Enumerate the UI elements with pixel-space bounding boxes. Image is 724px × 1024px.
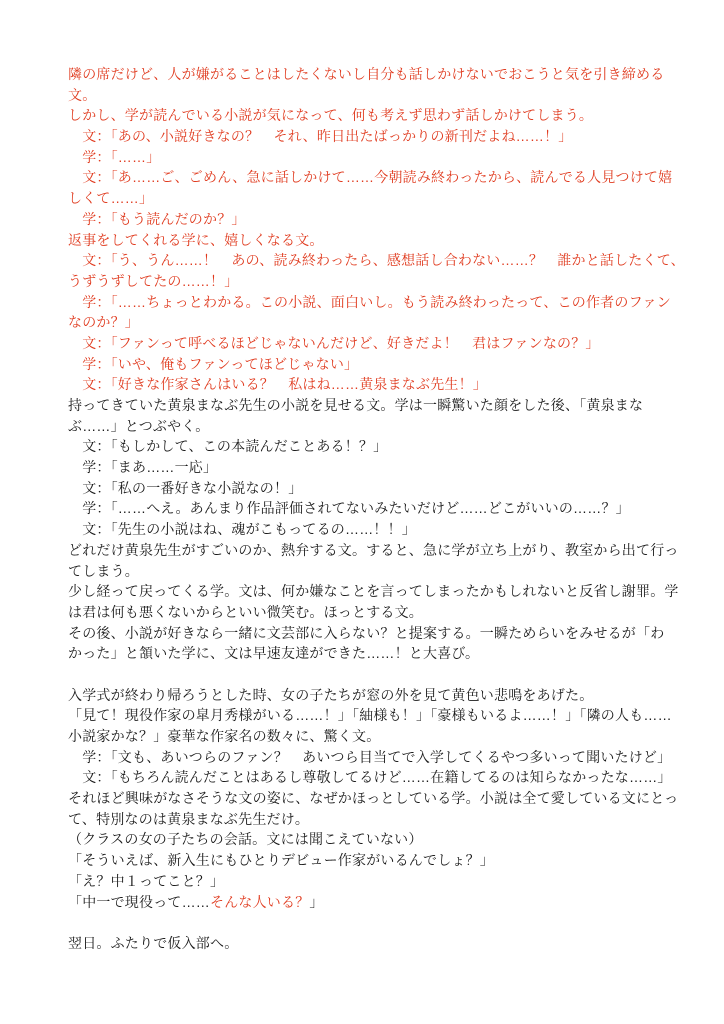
body-text: 」	[309, 894, 323, 910]
script-line: 「見て！現役作家の皐月秀様がいる……！」「紬様も！」「豪様もいるよ……！」「隣の…	[68, 705, 664, 726]
body-text: てしまう。	[68, 563, 139, 579]
highlighted-text: 文。	[68, 87, 96, 103]
body-text: （クラスの女の子たちの会話。文には聞こえていない）	[68, 831, 423, 847]
script-line: 学：「……へえ。あんまり作品評価されてないみたいだけど……どこがいいの……？」	[68, 498, 664, 519]
highlighted-text: 返事をしてくれる学に、嬉しくなる文。	[68, 232, 324, 248]
highlighted-text: 文：「あの、小説好きなの？ それ、昨日出たばっかりの新刊だよね……！」	[68, 128, 572, 144]
body-text: 少し経って戻ってくる学。文は、何か嫌なことを言ってしまったかもしれないと反省し謝…	[68, 583, 679, 599]
script-line: 文。	[68, 85, 664, 106]
blank-line	[68, 664, 664, 685]
script-line: 隣の席だけど、人が嫌がることはしたくないし自分も話しかけないでおこうと気を引き締…	[68, 64, 664, 85]
body-text: かった」と頷いた学に、文は早速友達ができた……！と大喜び。	[68, 645, 479, 661]
script-line: 「中一で現役って……そんな人いる？」	[68, 892, 664, 913]
highlighted-text: 学：「……ちょっとわかる。この小説、面白いし。もう読み終わったって、この作者のフ…	[68, 294, 671, 310]
script-line: 文：「う、うん……！ あの、読み終わったら、感想話し合わない……？ 誰かと話した…	[68, 250, 664, 271]
script-line: 「そういえば、新入生にもひとりデビュー作家がいるんでしょ？」	[68, 850, 664, 871]
script-line: 文：「あ……ご、ごめん、急に話しかけて……今朝読み終わったから、読んでる人見つけ…	[68, 167, 664, 188]
script-line: しかし、学が読んでいる小説が気になって、何も考えず思わず話しかけてしまう。	[68, 105, 664, 126]
body-text: 学：「まあ……一応」	[68, 459, 217, 475]
body-text: ぶ……」とつぶやく。	[68, 418, 209, 434]
highlighted-text: しくて……」	[68, 190, 153, 206]
highlighted-text: うずうずしてたの……！」	[68, 273, 238, 289]
highlighted-text: なのか？」	[68, 314, 139, 330]
highlighted-text: 文：「好きな作家さんはいる？ 私はね……黄泉まなぶ先生！」	[68, 376, 487, 392]
body-text: 文：「もちろん読んだことはあるし尊敬してるけど……在籍してるのは知らなかったな……	[68, 769, 672, 785]
highlighted-text: 学：「……」	[68, 149, 160, 165]
body-text: て、特別なのは黄泉まなぶ先生だけ。	[68, 811, 309, 827]
script-line: 文：「私の一番好きな小説なの！」	[68, 478, 664, 499]
script-line: は君は何も悪くないからといい微笑む。ほっとする文。	[68, 602, 664, 623]
document-page: 隣の席だけど、人が嫌がることはしたくないし自分も話しかけないでおこうと気を引き締…	[68, 64, 664, 954]
script-line: 学：「文も、あいつらのファン？ あいつら目当てで入学してくるやつ多いって聞いたけ…	[68, 747, 664, 768]
script-line: 文：「もしかして、この本読んだことある！？」	[68, 436, 664, 457]
script-line: （クラスの女の子たちの会話。文には聞こえていない）	[68, 829, 664, 850]
script-line: どれだけ黄泉先生がすごいのか、熱弁する文。すると、急に学が立ち上がり、教室から出…	[68, 540, 664, 561]
highlighted-text: そんな人いる？	[210, 894, 309, 910]
script-line: 文：「先生の小説はね、魂がこもってるの……！！」	[68, 519, 664, 540]
body-text: 入学式が終わり帰ろうとした時、女の子たちが窓の外を見て黄色い悲鳴をあげた。	[68, 687, 593, 703]
blank-line	[68, 912, 664, 933]
script-line: 学：「もう読んだのか？」	[68, 209, 664, 230]
script-line: 少し経って戻ってくる学。文は、何か嫌なことを言ってしまったかもしれないと反省し謝…	[68, 581, 664, 602]
script-line: て、特別なのは黄泉まなぶ先生だけ。	[68, 809, 664, 830]
body-text: 文：「私の一番好きな小説なの！」	[68, 480, 302, 496]
highlighted-text: 学：「いや、俺もファンってほどじゃない」	[68, 356, 358, 372]
body-text: 「そういえば、新入生にもひとりデビュー作家がいるんでしょ？」	[68, 852, 494, 868]
script-line: ぶ……」とつぶやく。	[68, 416, 664, 437]
script-line: 文：「ファンって呼べるほどじゃないんだけど、好きだよ！ 君はファンなの？」	[68, 333, 664, 354]
script-line: 持ってきていた黄泉まなぶ先生の小説を見せる文。学は一瞬驚いた顔をした後、「黄泉ま…	[68, 395, 664, 416]
script-line: 学：「まあ……一応」	[68, 457, 664, 478]
script-line: 学：「……」	[68, 147, 664, 168]
body-text: 「中一で現役って……	[68, 894, 210, 910]
body-text: 翌日。ふたりで仮入部へ。	[68, 935, 238, 951]
script-line: 小説家かな？」豪華な作家名の数々に、驚く文。	[68, 726, 664, 747]
body-text: その後、小説が好きなら一緒に文芸部に入らない？と提案する。一瞬ためらいをみせるが…	[68, 625, 664, 641]
script-line: 翌日。ふたりで仮入部へ。	[68, 933, 664, 954]
script-line: その後、小説が好きなら一緒に文芸部に入らない？と提案する。一瞬ためらいをみせるが…	[68, 623, 664, 644]
script-line: なのか？」	[68, 312, 664, 333]
highlighted-text: 文：「う、うん……！ あの、読み終わったら、感想話し合わない……？ 誰かと話した…	[68, 252, 685, 268]
script-line: かった」と頷いた学に、文は早速友達ができた……！と大喜び。	[68, 643, 664, 664]
script-line: うずうずしてたの……！」	[68, 271, 664, 292]
script-line: 学：「いや、俺もファンってほどじゃない」	[68, 354, 664, 375]
highlighted-text: 文：「あ……ご、ごめん、急に話しかけて……今朝読み終わったから、読んでる人見つけ…	[68, 169, 672, 185]
script-line: しくて……」	[68, 188, 664, 209]
body-text: 文：「もしかして、この本読んだことある！？」	[68, 438, 387, 454]
body-text: それほど興味がなさそうな文の姿に、なぜかほっとしている学。小説は全て愛している文…	[68, 790, 678, 806]
highlighted-text: しかし、学が読んでいる小説が気になって、何も考えず思わず話しかけてしまう。	[68, 107, 593, 123]
body-text: 小説家かな？」豪華な作家名の数々に、驚く文。	[68, 728, 380, 744]
script-line: 「え？中１ってこと？」	[68, 871, 664, 892]
script-line: 入学式が終わり帰ろうとした時、女の子たちが窓の外を見て黄色い悲鳴をあげた。	[68, 685, 664, 706]
script-line: 文：「あの、小説好きなの？ それ、昨日出たばっかりの新刊だよね……！」	[68, 126, 664, 147]
highlighted-text: 文：「ファンって呼べるほどじゃないんだけど、好きだよ！ 君はファンなの？」	[68, 335, 600, 351]
highlighted-text: 学：「もう読んだのか？」	[68, 211, 246, 227]
body-text: 学：「文も、あいつらのファン？ あいつら目当てで入学してくるやつ多いって聞いたけ…	[68, 749, 671, 765]
body-text: どれだけ黄泉先生がすごいのか、熱弁する文。すると、急に学が立ち上がり、教室から出…	[68, 542, 679, 558]
body-text: 「え？中１ってこと？」	[68, 873, 224, 889]
script-line: てしまう。	[68, 561, 664, 582]
body-text: 「見て！現役作家の皐月秀様がいる……！」「紬様も！」「豪様もいるよ……！」「隣の…	[68, 707, 672, 723]
script-line: 文：「好きな作家さんはいる？ 私はね……黄泉まなぶ先生！」	[68, 374, 664, 395]
script-line: 文：「もちろん読んだことはあるし尊敬してるけど……在籍してるのは知らなかったな……	[68, 767, 664, 788]
body-text: 持ってきていた黄泉まなぶ先生の小説を見せる文。学は一瞬驚いた顔をした後、「黄泉ま…	[68, 397, 643, 413]
body-text: 文：「先生の小説はね、魂がこもってるの……！！」	[68, 521, 416, 537]
script-line: それほど興味がなさそうな文の姿に、なぜかほっとしている学。小説は全て愛している文…	[68, 788, 664, 809]
script-line: 返事をしてくれる学に、嬉しくなる文。	[68, 230, 664, 251]
body-text: 学：「……へえ。あんまり作品評価されてないみたいだけど……どこがいいの……？」	[68, 500, 630, 516]
script-line: 学：「……ちょっとわかる。この小説、面白いし。もう読み終わったって、この作者のフ…	[68, 292, 664, 313]
highlighted-text: 隣の席だけど、人が嫌がることはしたくないし自分も話しかけないでおこうと気を引き締…	[68, 66, 664, 82]
body-text: は君は何も悪くないからといい微笑む。ほっとする文。	[68, 604, 423, 620]
